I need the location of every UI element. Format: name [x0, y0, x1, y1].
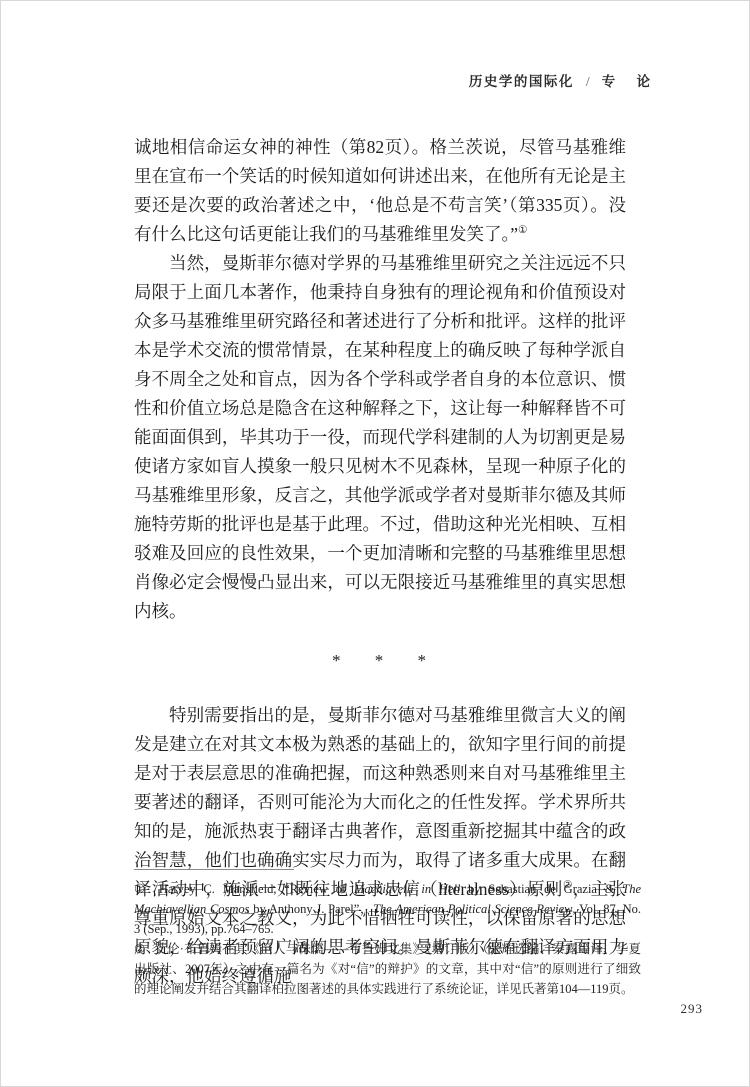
- footnote-2-marker: ②: [134, 942, 145, 956]
- running-header: 历史学的国际化/专 论: [469, 70, 659, 90]
- section-separator: * * *: [134, 646, 626, 675]
- paragraph-1: 诚地相信命运女神的神性（第82页）。格兰茨说，尽管马基雅维里在宣布一个笑话的时候…: [134, 133, 626, 249]
- page-number: 293: [681, 1001, 704, 1017]
- footnote-1-title-1: Machiavelli in Hell: [354, 882, 460, 896]
- footnote-1-seg3: by Anthony J. Parel”，: [250, 902, 374, 916]
- footnote-2-text: 艾伦·布鲁姆在其《巨人与侏儒——布鲁姆文集》（增订版）（张辉选编、秦露等译、华夏…: [134, 942, 641, 996]
- document-page: 历史学的国际化/专 论 诚地相信命运女神的神性（第82页）。格兰茨说，尽管马基雅…: [0, 0, 750, 1087]
- body-text: 诚地相信命运女神的神性（第82页）。格兰茨说，尽管马基雅维里在宣布一个笑话的时候…: [134, 133, 626, 991]
- footnote-1-seg1: Harvey C. Mansfield, “Review of: [159, 882, 354, 896]
- paragraph-2: 当然，曼斯菲尔德对学界的马基雅维里研究之关注远远不只局限于上面几本著作，他秉持自…: [134, 249, 626, 626]
- footnote-1-marker: ①: [134, 882, 150, 896]
- running-header-column: 专 论: [602, 74, 659, 89]
- running-header-section: 历史学的国际化: [469, 74, 574, 89]
- footnote-divider: [134, 869, 294, 870]
- footnote-ref-1: ①: [518, 225, 527, 236]
- footnote-1: ①Harvey C. Mansfield, “Review of Machiav…: [134, 879, 641, 939]
- footnote-1-seg2: by Sebastian de Grazia &: [460, 882, 622, 896]
- footnote-1-journal: The American Political Science Review: [373, 902, 572, 916]
- footnotes: ①Harvey C. Mansfield, “Review of Machiav…: [134, 869, 641, 999]
- paragraph-1-text: 诚地相信命运女神的神性（第82页）。格兰茨说，尽管马基雅维里在宣布一个笑话的时候…: [134, 137, 626, 244]
- footnote-2: ②艾伦·布鲁姆在其《巨人与侏儒——布鲁姆文集》（增订版）（张辉选编、秦露等译、华…: [134, 939, 641, 999]
- running-header-divider: /: [586, 74, 590, 89]
